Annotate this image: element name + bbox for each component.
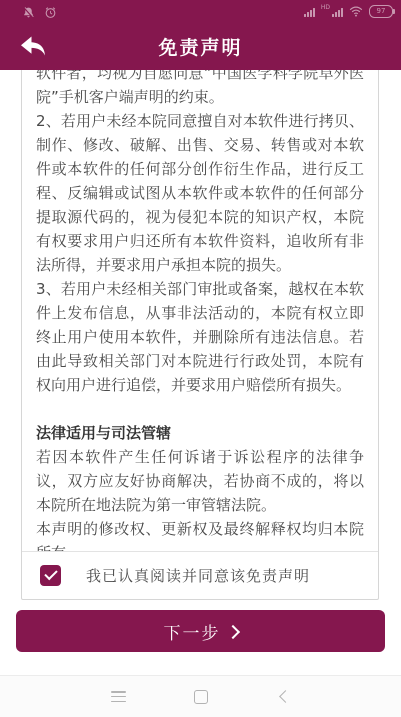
system-nav-bar [0, 675, 401, 717]
status-bar: HD 97 [0, 0, 401, 26]
agreement-row: 我已认真阅读并同意该免责声明 [22, 551, 378, 599]
signal-bars-icon [332, 7, 343, 17]
disclaimer-paragraph: 2、若用户未经本院同意擅自对本软件进行拷贝、制作、修改、破解、出售、交易、转售或… [36, 109, 364, 277]
nav-home-icon[interactable] [194, 690, 208, 704]
signal-bars-icon [304, 7, 315, 17]
notifications-off-icon [22, 6, 35, 19]
disclaimer-paragraph: 3、若用户未经相关部门审批或备案，越权在本软件上发布信息，从事非法活动的，本院有… [36, 277, 364, 397]
hd-volte-label: HD [321, 5, 330, 11]
disclaimer-scroll-area[interactable]: 软件者，均视为自愿同意“中国医学科学院阜外医院”手机客户端声明的约束。 2、若用… [22, 61, 378, 551]
nav-menu-icon[interactable] [111, 691, 126, 702]
chevron-right-icon [225, 624, 239, 638]
agree-checkbox-label[interactable]: 我已认真阅读并同意该免责声明 [86, 565, 310, 586]
next-step-label: 下一步 [164, 619, 221, 644]
wifi-icon [349, 6, 363, 17]
app-bar: 免责声明 [0, 26, 401, 70]
disclaimer-section-heading: 法律适用与司法管辖 [36, 421, 364, 445]
nav-back-icon[interactable] [279, 690, 292, 703]
next-step-button[interactable]: 下一步 [16, 610, 385, 652]
disclaimer-card: 软件者，均视为自愿同意“中国医学科学院阜外医院”手机客户端声明的约束。 2、若用… [21, 60, 379, 600]
alarm-clock-icon [44, 6, 57, 19]
battery-icon: 97 [369, 5, 393, 18]
disclaimer-paragraph: 本声明的修改权、更新权及最终解释权均归本院所有。 [36, 517, 364, 551]
status-left-icons [22, 6, 57, 19]
page-title: 免责声明 [0, 26, 401, 70]
disclaimer-paragraph: 若因本软件产生任何诉诸于诉讼程序的法律争议，双方应友好协商解决，若协商不成的，将… [36, 445, 364, 517]
agree-checkbox[interactable] [40, 565, 61, 586]
disclaimer-screen: HD 97 免责声明 软件者，均视为自愿同意“中国医学科学院阜外医院”手机客户端… [0, 0, 401, 717]
status-right-icons: HD 97 [304, 5, 393, 18]
